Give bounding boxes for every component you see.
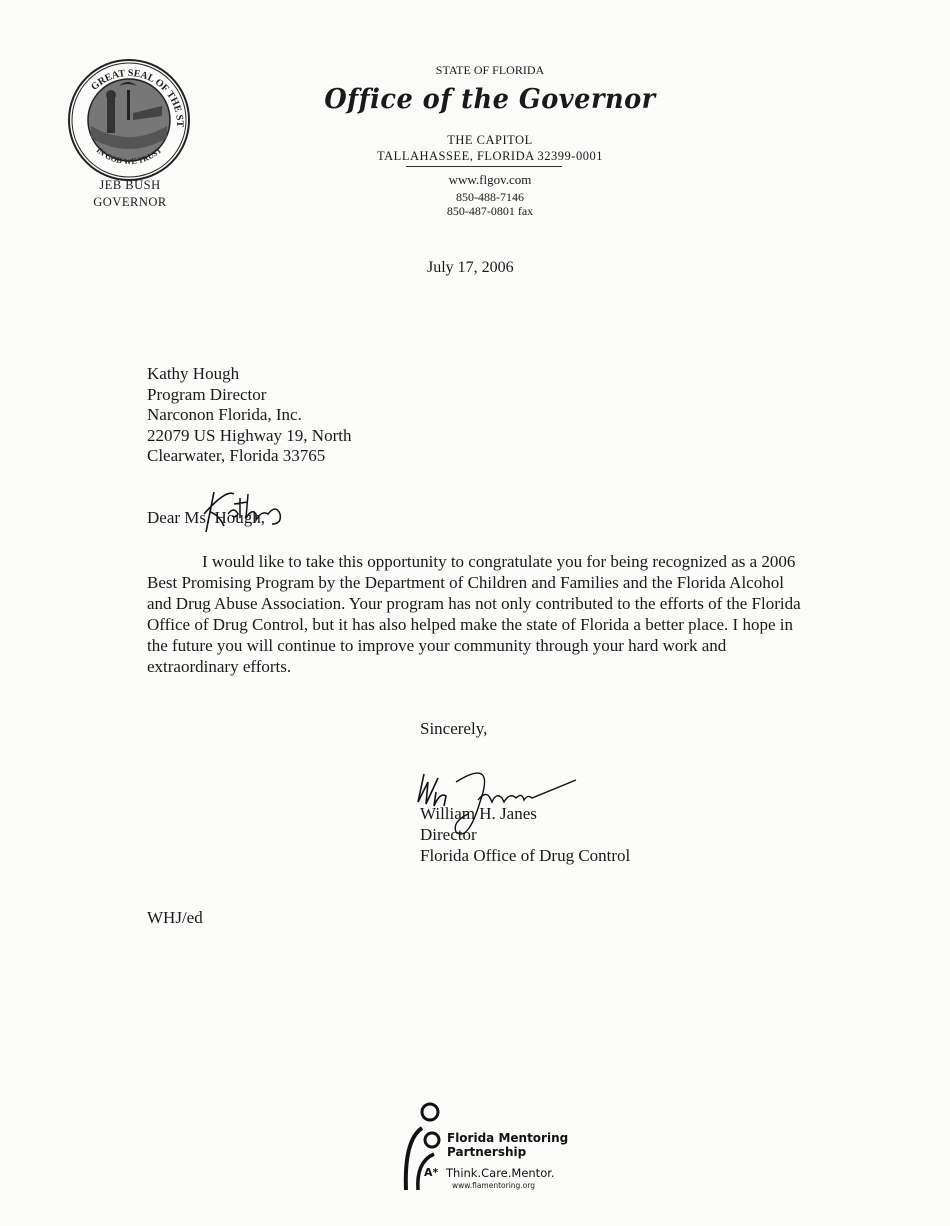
svg-text:A*: A* (424, 1166, 439, 1179)
signer-title: Director (420, 824, 630, 845)
reference-initials: WHJ/ed (147, 908, 203, 928)
recipient-address: Kathy Hough Program Director Narconon Fl… (147, 364, 351, 467)
footer-org-line2: Partnership (447, 1145, 568, 1159)
recipient-name: Kathy Hough (147, 364, 351, 385)
body-paragraph: I would like to take this opportunity to… (147, 551, 807, 677)
signer-name: William H. Janes (420, 803, 630, 824)
governor-name: JEB BUSH (80, 177, 180, 194)
letterhead-address: THE CAPITOL TALLAHASSEE, FLORIDA 32399-0… (340, 132, 640, 164)
footer-org-name: Florida Mentoring Partnership (447, 1131, 568, 1159)
letterhead-office-title: Office of the Governor (310, 84, 671, 115)
letter-body: I would like to take this opportunity to… (147, 551, 807, 677)
letterhead-website: www.flgov.com (340, 172, 640, 188)
governor-block: JEB BUSH GOVERNOR (80, 177, 180, 211)
signer-block: William H. Janes Director Florida Office… (420, 803, 630, 866)
footer-tagline: Think.Care.Mentor. (446, 1166, 555, 1180)
handwritten-kathy-icon (196, 484, 296, 534)
footer-org-line1: Florida Mentoring (447, 1131, 568, 1145)
recipient-title: Program Director (147, 385, 351, 406)
letterhead-divider (406, 166, 562, 167)
letterhead-contact: 850-488-7146 850-487-0801 fax (340, 190, 640, 218)
signer-office: Florida Office of Drug Control (420, 845, 630, 866)
footer-url[interactable]: www.flamentoring.org (452, 1181, 535, 1190)
recipient-street: 22079 US Highway 19, North (147, 426, 351, 447)
letterhead-phone: 850-488-7146 (340, 190, 640, 204)
letter-date: July 17, 2006 (427, 259, 514, 277)
letterhead-state: STATE OF FLORIDA (340, 63, 640, 78)
closing: Sincerely, (420, 719, 487, 739)
letterhead-fax: 850-487-0801 fax (340, 204, 640, 218)
letterhead-building: THE CAPITOL (340, 132, 640, 148)
florida-state-seal-icon: GREAT SEAL OF THE STATE OF FLORIDA IN GO… (67, 58, 191, 182)
governor-title: GOVERNOR (80, 194, 180, 211)
recipient-city: Clearwater, Florida 33765 (147, 446, 351, 467)
letterhead-city: TALLAHASSEE, FLORIDA 32399-0001 (340, 148, 640, 164)
recipient-organization: Narconon Florida, Inc. (147, 405, 351, 426)
